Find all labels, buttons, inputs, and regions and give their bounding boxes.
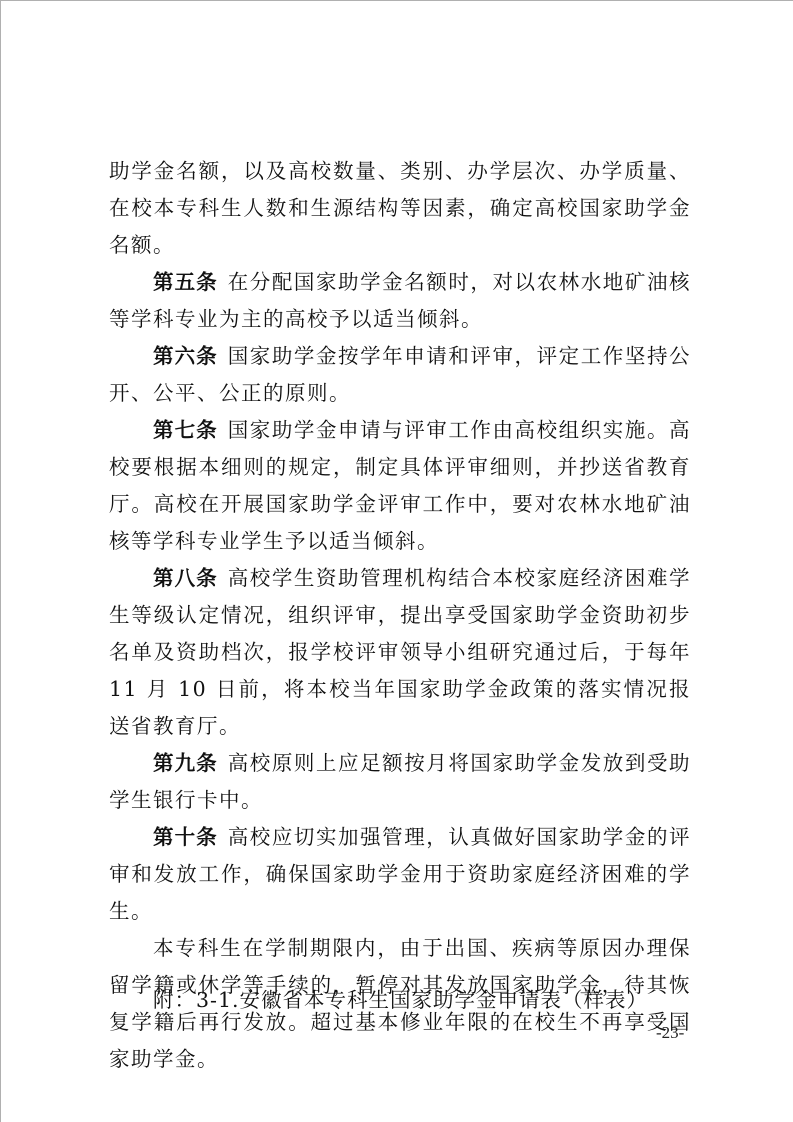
article-number: 第七条	[153, 418, 218, 442]
article-5: 第五条在分配国家助学金名额时，对以农林水地矿油核等学科专业为主的高校予以适当倾斜…	[109, 264, 691, 338]
document-page: 助学金名额，以及高校数量、类别、办学层次、办学质量、在校本专科生人数和生源结构等…	[0, 0, 793, 1122]
article-8: 第八条高校学生资助管理机构结合本校家庭经济困难学生等级认定情况，组织评审，提出享…	[109, 560, 691, 745]
article-number: 第五条	[153, 270, 218, 294]
attachment-note: 附：3-1.安徽省本专科生国家助学金申请表（样表）	[153, 983, 648, 1013]
article-number: 第八条	[153, 566, 218, 590]
page-number: -23-	[656, 1023, 684, 1043]
article-number: 第六条	[153, 344, 218, 368]
article-9: 第九条高校原则上应足额按月将国家助学金发放到受助学生银行卡中。	[109, 745, 691, 819]
article-10: 第十条高校应切实加强管理，认真做好国家助学金的评审和发放工作，确保国家助学金用于…	[109, 819, 691, 930]
paragraph-text: 助学金名额，以及高校数量、类别、办学层次、办学质量、在校本专科生人数和生源结构等…	[109, 159, 691, 257]
article-number: 第九条	[153, 751, 218, 775]
article-6: 第六条国家助学金按学年申请和评审，评定工作坚持公开、公平、公正的原则。	[109, 338, 691, 412]
paragraph-continued: 助学金名额，以及高校数量、类别、办学层次、办学质量、在校本专科生人数和生源结构等…	[109, 153, 691, 264]
article-7: 第七条国家助学金申请与评审工作由高校组织实施。高校要根据本细则的规定，制定具体评…	[109, 412, 691, 560]
document-body: 助学金名额，以及高校数量、类别、办学层次、办学质量、在校本专科生人数和生源结构等…	[109, 153, 691, 1078]
paragraph-text: 高校学生资助管理机构结合本校家庭经济困难学生等级认定情况，组织评审，提出享受国家…	[109, 566, 691, 738]
article-number: 第十条	[153, 825, 218, 849]
